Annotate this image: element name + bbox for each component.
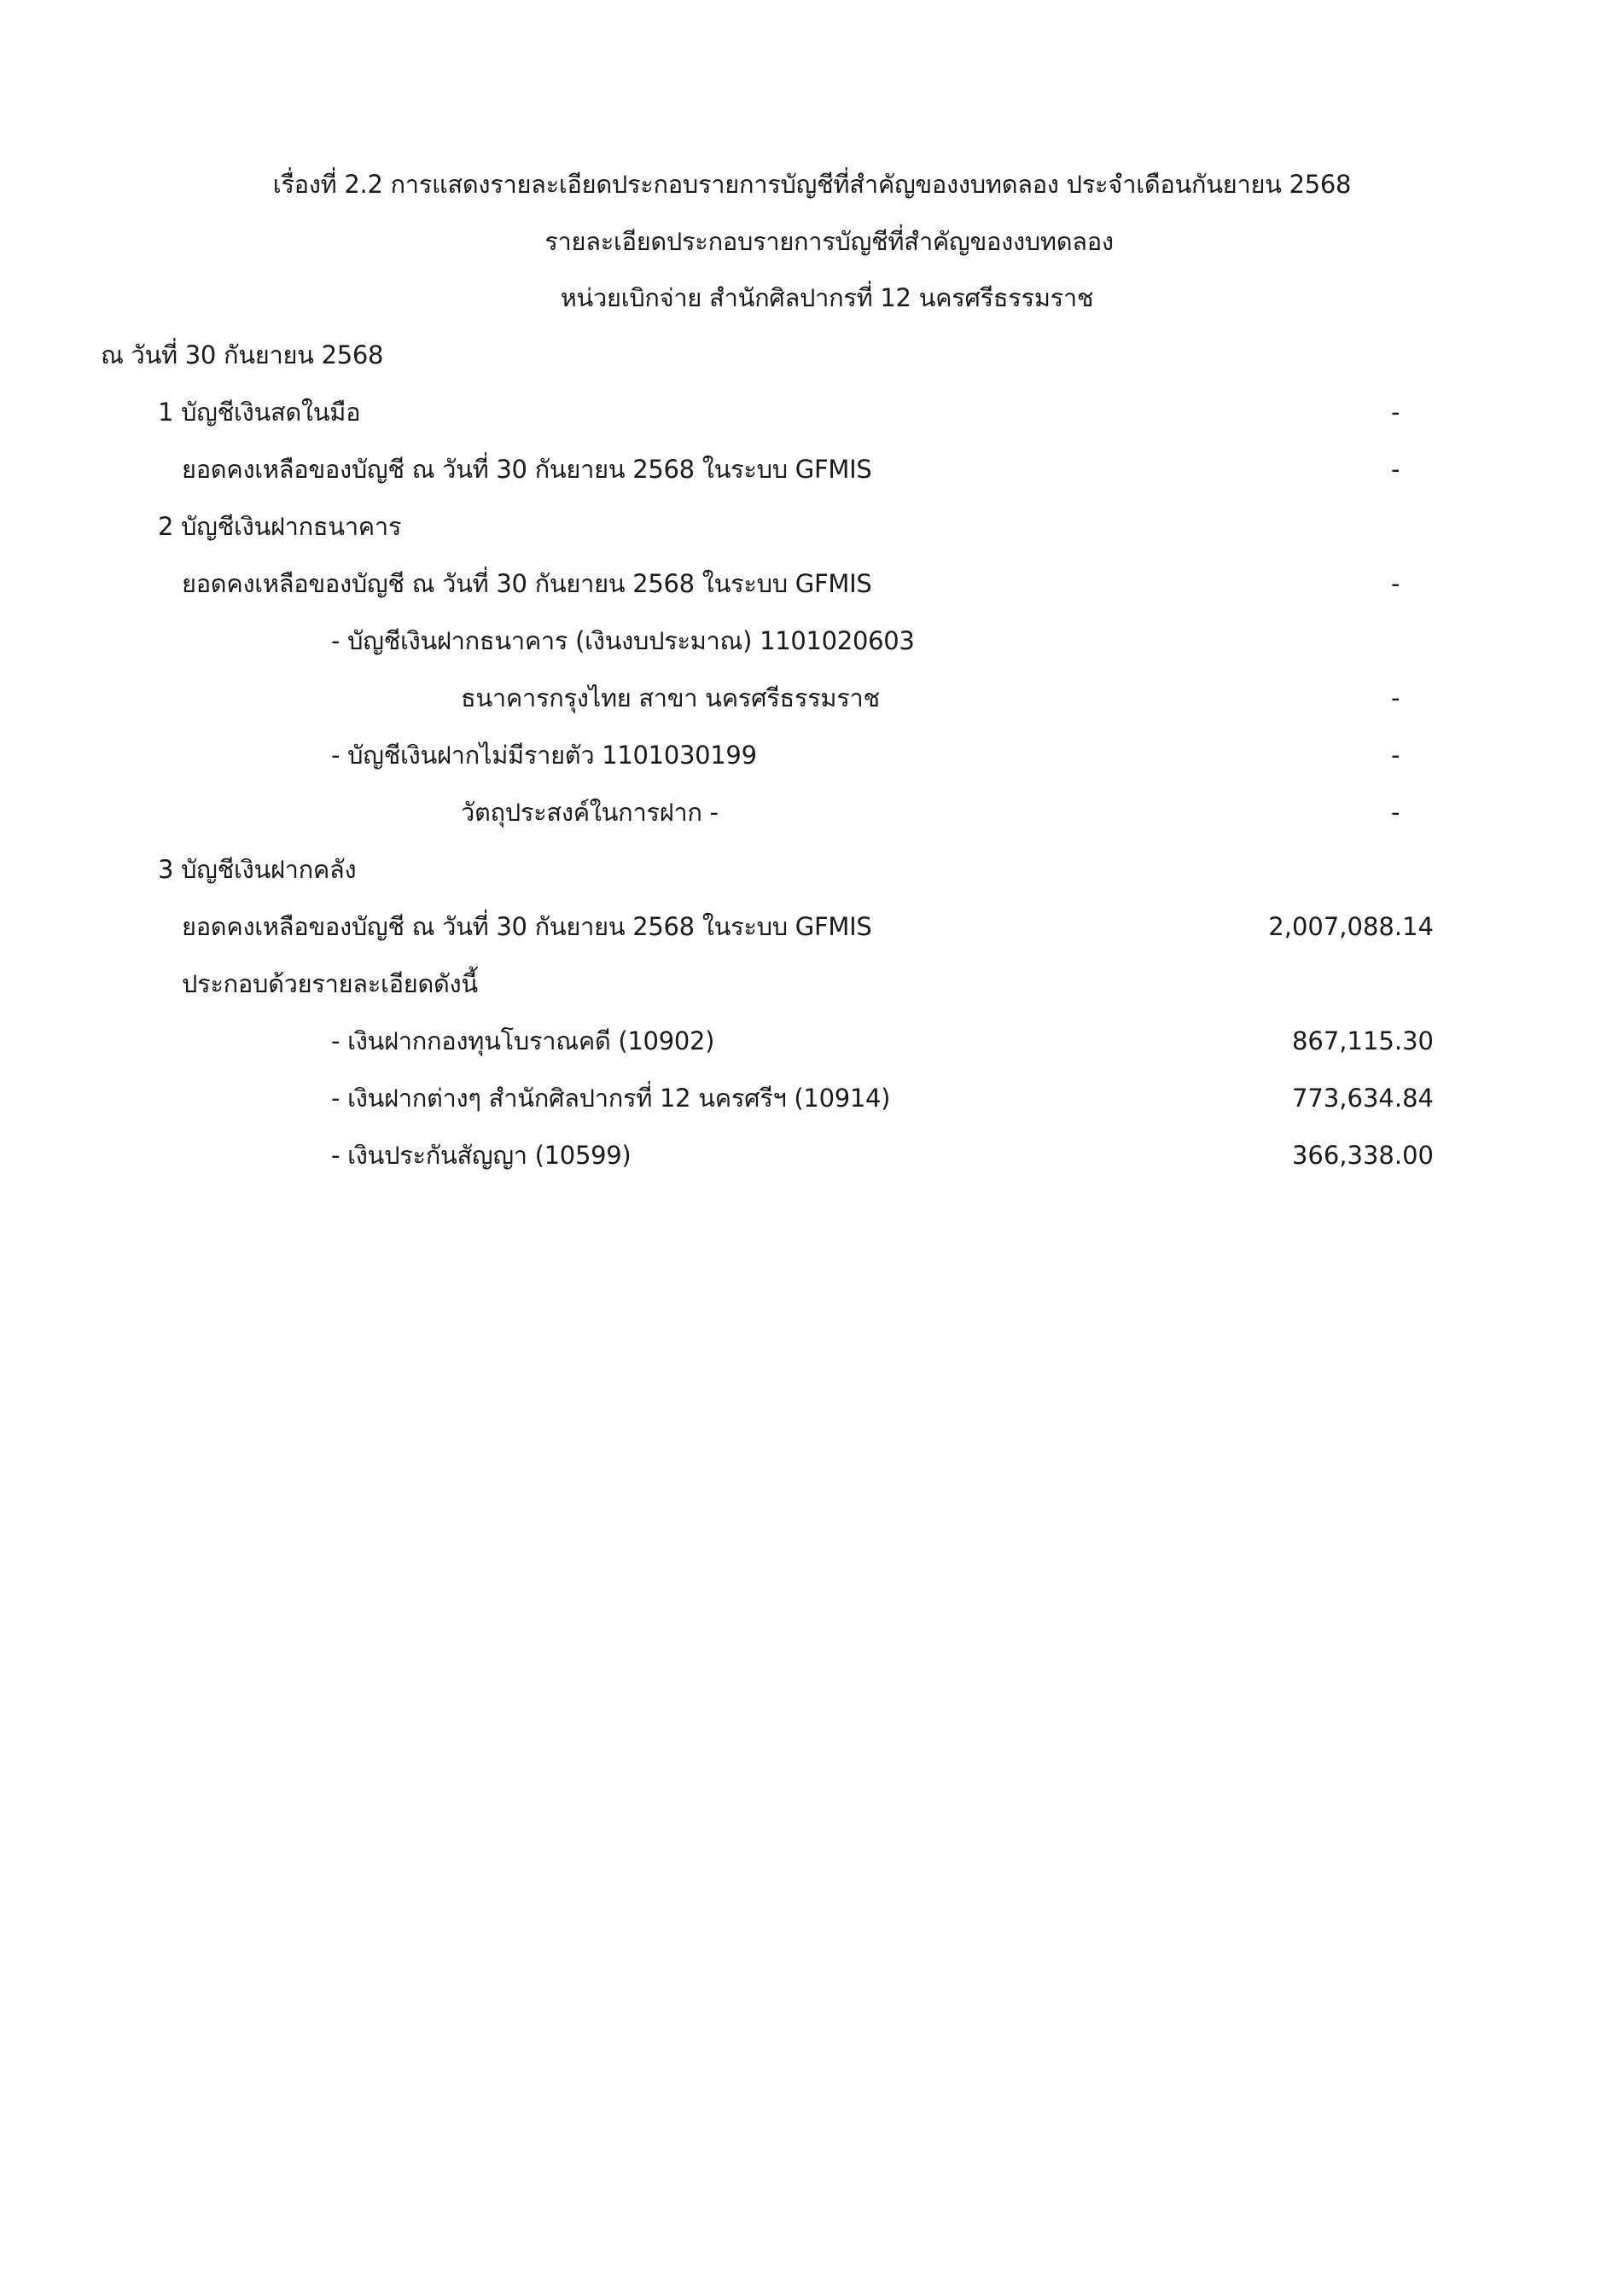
document-subtitle: รายละเอียดประกอบรายการบัญชีที่สำคัญของงบ…: [0, 224, 1624, 259]
non-itemized-deposit-amount: -: [1391, 738, 1408, 772]
misc-deposits-amount: 773,634.84: [1092, 1081, 1434, 1115]
section-3-balance-amount: 2,007,088.14: [1092, 910, 1434, 944]
details-heading: ประกอบด้วยรายละเอียดดังนี้: [182, 967, 478, 1001]
section-2-balance-amount: -: [1391, 567, 1408, 601]
section-3-balance-label: ยอดคงเหลือของบัญชี ณ วันที่ 30 กันยายน 2…: [182, 910, 871, 944]
section-2-balance-label: ยอดคงเหลือของบัญชี ณ วันที่ 30 กันยายน 2…: [182, 567, 871, 601]
section-1-amount: -: [1391, 395, 1408, 429]
deposit-purpose-label: วัตถุประสงค์ในการฝาก -: [461, 795, 719, 829]
section-3-label: 3 บัญชีเงินฝากคลัง: [158, 852, 356, 886]
misc-deposits-label: - เงินฝากต่างๆ สำนักศิลปากรที่ 12 นครศรี…: [331, 1081, 890, 1115]
archaeology-fund-label: - เงินฝากกองทุนโบราณคดี (10902): [331, 1024, 714, 1058]
section-2-label: 2 บัญชีเงินฝากธนาคาร: [158, 509, 401, 543]
bank-branch-amount: -: [1391, 681, 1408, 715]
document-title: เรื่องที่ 2.2 การแสดงรายละเอียดประกอบราย…: [0, 167, 1624, 201]
deposit-purpose-amount: -: [1391, 795, 1408, 829]
as-of-date: ณ วันที่ 30 กันยายน 2568: [101, 338, 383, 372]
section-1-balance-label: ยอดคงเหลือของบัญชี ณ วันที่ 30 กันยายน 2…: [182, 452, 871, 486]
section-1-balance-amount: -: [1391, 452, 1408, 486]
contract-guarantee-amount: 366,338.00: [1092, 1138, 1434, 1172]
disbursing-unit: หน่วยเบิกจ่าย สำนักศิลปากรที่ 12 นครศรีธ…: [0, 281, 1624, 315]
archaeology-fund-amount: 867,115.30: [1092, 1024, 1434, 1058]
contract-guarantee-label: - เงินประกันสัญญา (10599): [331, 1138, 631, 1172]
bank-branch-label: ธนาคารกรุงไทย สาขา นครศรีธรรมราช: [461, 681, 880, 715]
bank-account-budget-label: - บัญชีเงินฝากธนาคาร (เงินงบประมาณ) 1101…: [331, 624, 915, 658]
non-itemized-deposit-label: - บัญชีเงินฝากไม่มีรายตัว 1101030199: [331, 738, 757, 772]
section-1-label: 1 บัญชีเงินสดในมือ: [158, 395, 360, 429]
